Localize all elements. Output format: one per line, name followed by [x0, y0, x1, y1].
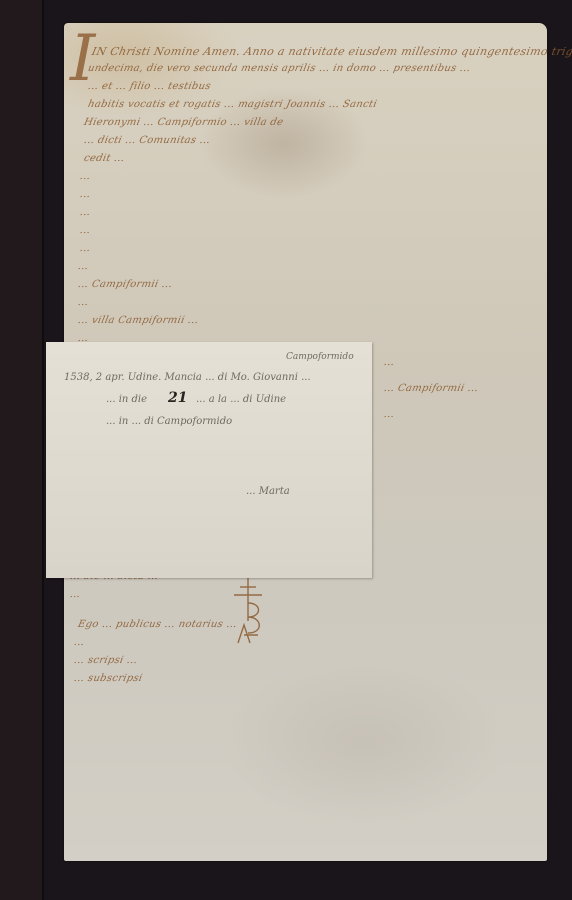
- note-line-2-prefix: ... in die: [106, 394, 147, 405]
- note-signature: ... Marta: [246, 486, 290, 497]
- note-number: 21: [168, 390, 187, 406]
- note-line-1: 1538, 2 apr. Udine. Mancia ... di Mo. Gi…: [64, 372, 311, 383]
- lower-text-line-6: ... subscripsi: [73, 673, 144, 684]
- text-line-13: ...: [77, 261, 90, 272]
- text-line-3: ... et ... filio ... testibus: [87, 81, 212, 92]
- text-line-15: ...: [77, 297, 90, 308]
- scan-background-left-strip: [0, 0, 42, 900]
- scan-background-seam: [42, 0, 44, 900]
- text-line-8: ...: [79, 171, 92, 182]
- text-line-10: ...: [79, 207, 92, 218]
- note-line-2-suffix: ... a la ... di Udine: [196, 394, 286, 405]
- text-line-9: ...: [79, 189, 92, 200]
- text-line-right-2: ... Campiformii ...: [383, 383, 480, 394]
- text-line-12: ...: [79, 243, 92, 254]
- text-line-4: habitis vocatis et rogatis ... magistri …: [87, 99, 378, 110]
- text-line-16: ... villa Campiformii ...: [77, 315, 200, 326]
- lower-text-line-2: ...: [69, 589, 82, 600]
- lower-text-line-4: ...: [73, 637, 86, 648]
- text-line-right-3: ...: [383, 409, 396, 420]
- note-line-3: ... in ... di Campoformido: [106, 416, 232, 427]
- text-line-6: ... dicti ... Comunitas ...: [83, 135, 212, 146]
- pasted-archival-note: Campoformido 1538, 2 apr. Udine. Mancia …: [46, 342, 372, 578]
- lower-text-line-5: ... scripsi ...: [73, 655, 139, 666]
- text-line-7: cedit ...: [83, 153, 126, 164]
- text-line-14: ... Campiformii ...: [77, 279, 174, 290]
- text-line-5: Hieronymi ... Campiformio ... villa de: [83, 117, 285, 128]
- text-line-11: ...: [79, 225, 92, 236]
- text-line-1: IN Christi Nomine Amen. Anno a nativitat…: [91, 45, 572, 58]
- notary-signum-icon: [228, 573, 268, 653]
- text-line-2: undecima, die vero secunda mensis aprili…: [87, 63, 472, 74]
- note-corner-label: Campoformido: [286, 352, 354, 362]
- lower-text-line-3: Ego ... publicus ... notarius ...: [77, 619, 238, 630]
- text-line-right-1: ...: [383, 357, 396, 368]
